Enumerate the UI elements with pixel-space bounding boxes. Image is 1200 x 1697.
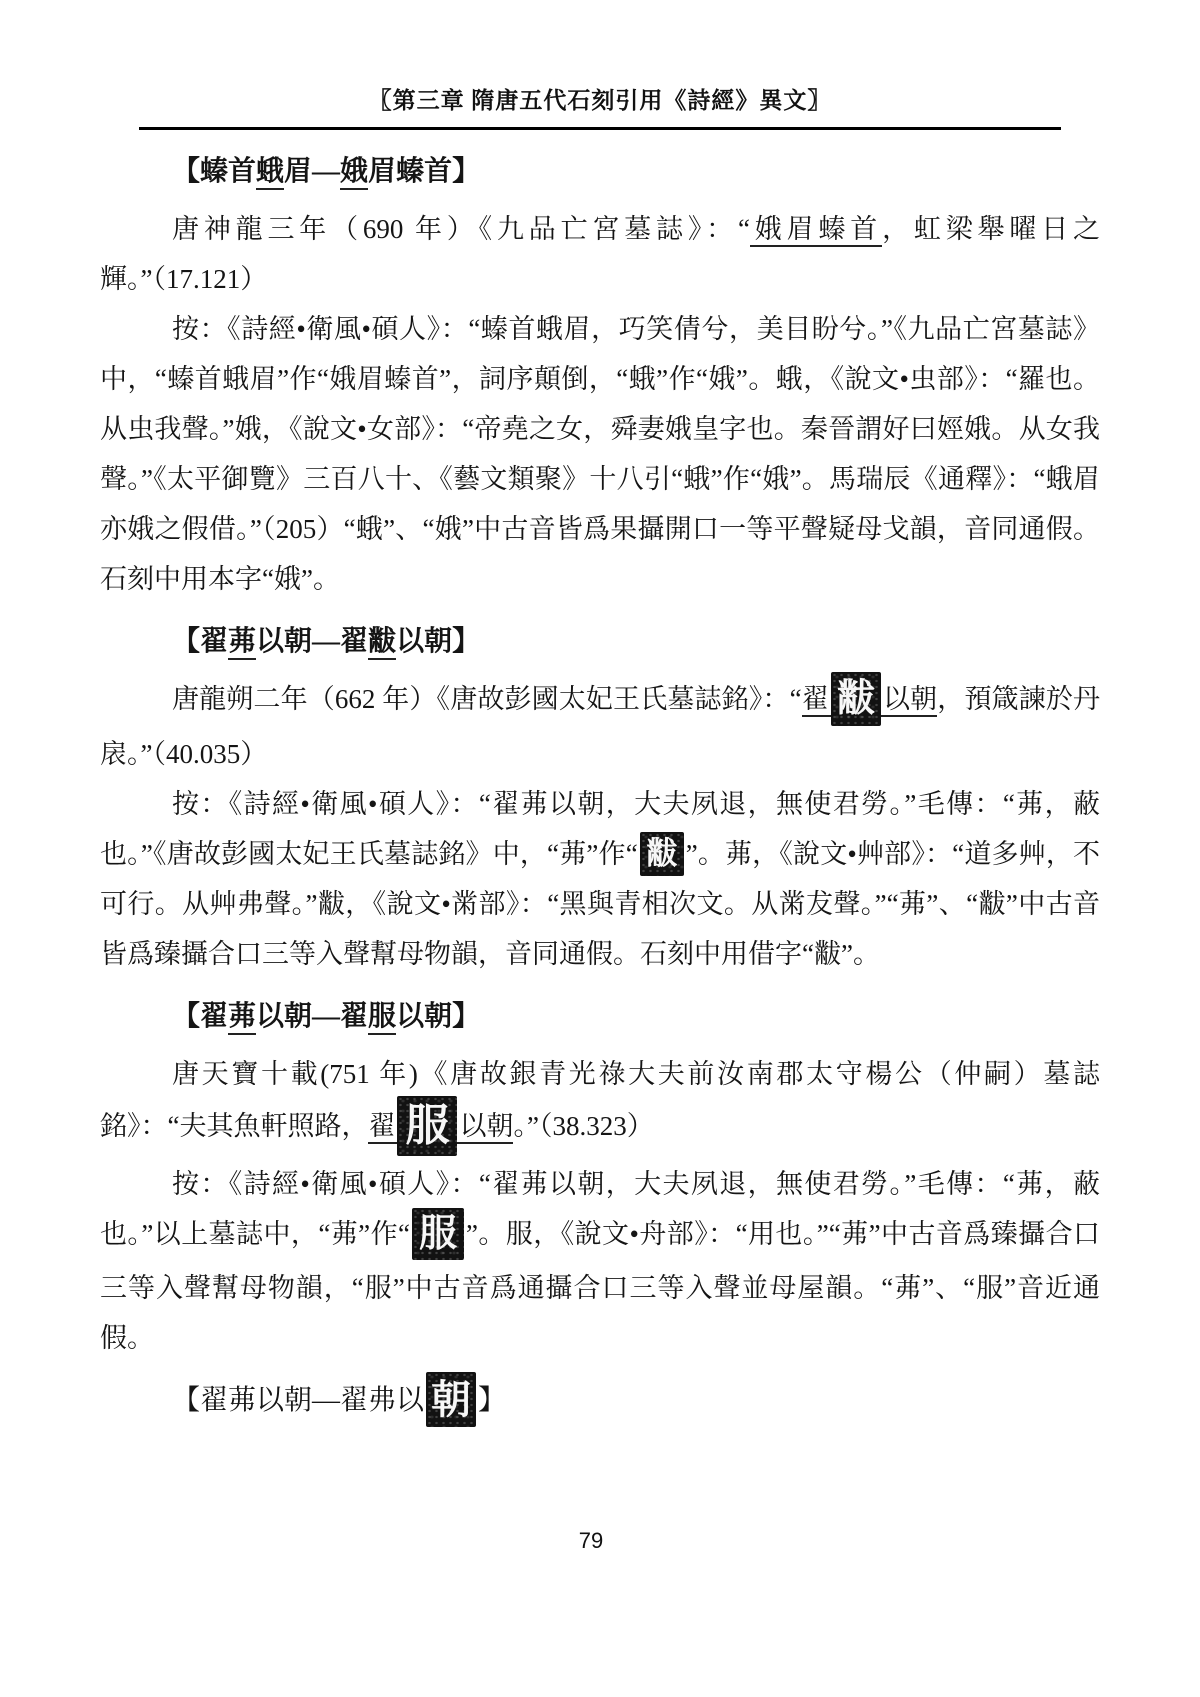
entry-heading-1: 【螓首蛾眉—娥眉螓首】 xyxy=(100,146,1100,198)
heading-text: 眉— xyxy=(284,156,340,187)
heading-text: 以朝—翟 xyxy=(256,1001,368,1032)
paragraph-commentary: 按：《詩經•衛風•碩人》：“螓首蛾眉，巧笑倩兮，美目盼兮。”《九品亡宮墓誌》中，… xyxy=(100,304,1100,604)
citation-text: 翟 xyxy=(802,684,829,714)
citation-text: 以朝 xyxy=(459,1111,513,1141)
stone-rubbing-glyph: 服 xyxy=(397,1096,457,1156)
underlined-quote: 娥眉螓首 xyxy=(750,214,882,247)
citation-text: 以朝 xyxy=(883,684,937,714)
heading-underlined-char: 黻 xyxy=(368,626,396,660)
paragraph-citation: 唐龍朔二年（662 年）《唐故彭國太妃王氏墓誌銘》：“翟黻以朝，預箴諫於丹扆。”… xyxy=(100,674,1100,779)
entry-heading-2: 【翟茀以朝—翟黻以朝】 xyxy=(100,616,1100,668)
heading-underlined-char: 服 xyxy=(368,1001,396,1035)
heading-text: 【翟茀以朝—翟弗以 xyxy=(172,1385,424,1416)
entry-heading-4: 【翟茀以朝—翟弗以朝】 xyxy=(100,1375,1100,1430)
stone-rubbing-glyph: 朝 xyxy=(426,1372,476,1427)
scanned-page: 〖第三章 隋唐五代石刻引用《詩經》異文〗 【螓首蛾眉—娥眉螓首】 唐神龍三年（6… xyxy=(0,0,1200,1697)
heading-text: 眉螓首】 xyxy=(368,156,480,187)
stone-rubbing-glyph: 黻 xyxy=(640,832,684,876)
page-number: 79 xyxy=(0,1528,1182,1554)
underlined-quote: 翟黻以朝 xyxy=(802,684,938,717)
heading-underlined-char: 茀 xyxy=(228,1001,256,1035)
heading-underlined-char: 蛾 xyxy=(256,156,284,190)
header-rule xyxy=(139,127,1061,130)
chapter-header: 〖第三章 隋唐五代石刻引用《詩經》異文〗 xyxy=(0,0,1200,115)
stone-rubbing-glyph: 服 xyxy=(412,1208,464,1260)
paragraph-citation: 唐神龍三年（690 年）《九品亡宮墓誌》：“娥眉螓首，虹梁舉曜日之輝。”（17.… xyxy=(100,204,1100,304)
citation-text: 。”（38.323） xyxy=(513,1111,653,1141)
stone-rubbing-glyph: 黻 xyxy=(831,672,881,726)
entry-heading-3: 【翟茀以朝—翟服以朝】 xyxy=(100,991,1100,1043)
heading-text: 】 xyxy=(478,1385,506,1416)
heading-underlined-char: 茀 xyxy=(228,626,256,660)
heading-text: 以朝】 xyxy=(396,1001,480,1032)
heading-text: 以朝】 xyxy=(396,626,480,657)
heading-text: 【翟 xyxy=(172,626,228,657)
heading-underlined-char: 娥 xyxy=(340,156,368,190)
paragraph-commentary: 按：《詩經•衛風•碩人》：“翟茀以朝，大夫夙退，無使君勞。”毛傳：“茀，蔽也。”… xyxy=(100,779,1100,979)
paragraph-commentary: 按：《詩經•衛風•碩人》：“翟茀以朝，大夫夙退，無使君勞。”毛傳：“茀，蔽也。”… xyxy=(100,1159,1100,1363)
heading-text: 以朝—翟 xyxy=(256,626,368,657)
heading-text: 【螓首 xyxy=(172,156,256,187)
citation-text: 唐龍朔二年（662 年）《唐故彭國太妃王氏墓誌銘》：“ xyxy=(172,684,802,714)
paragraph-citation: 唐天寶十載(751 年)《唐故銀青光祿大夫前汝南郡太守楊公（仲嗣）墓誌銘》：“夫… xyxy=(100,1049,1100,1159)
citation-text: 唐神龍三年（690 年）《九品亡宮墓誌》：“ xyxy=(172,214,750,244)
page-body: 【螓首蛾眉—娥眉螓首】 唐神龍三年（690 年）《九品亡宮墓誌》：“娥眉螓首，虹… xyxy=(100,146,1100,1430)
underlined-quote: 翟服以朝 xyxy=(368,1111,513,1144)
heading-text: 【翟 xyxy=(172,1001,228,1032)
citation-text: 翟 xyxy=(368,1111,395,1141)
